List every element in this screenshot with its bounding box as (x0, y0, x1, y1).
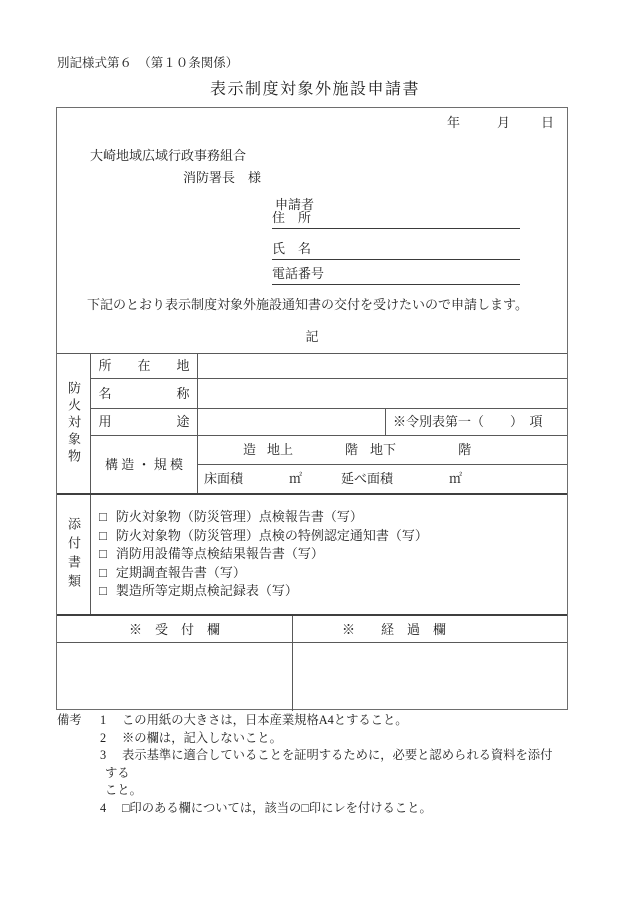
checkbox-icon: □ (99, 545, 107, 564)
ordinance-table-note: ※令別表第一（ ） 項 (393, 414, 543, 429)
structure-scale-label: 構 造 ・ 規 模 (105, 457, 183, 472)
attachment-item: □定期調査報告書（写） (99, 564, 428, 583)
use-label: 用 途 (98, 414, 189, 429)
use-note-cell: ※令別表第一（ ） 項 (386, 408, 574, 435)
form-page: 別記様式第６ （第１０条関係） 表示制度対象外施設申請書 年 月 日 大崎地域広… (0, 0, 630, 903)
name-field: 氏 名 (272, 241, 520, 260)
attachment-item-label: 製造所等定期点検記録表（写） (116, 583, 298, 598)
recipient-organization: 大崎地域広域行政事務組合 (90, 148, 246, 163)
attachment-item: □消防用設備等点検結果報告書（写） (99, 545, 428, 564)
location-label-cell: 所 在 地 (91, 353, 197, 378)
construction-label: 造 (243, 442, 256, 457)
remark-row: 3 表示基準に適合していることを証明するために，必要と認められる資料を添付する … (57, 747, 562, 800)
name-label-cell: 名 称 (91, 378, 197, 408)
month-label: 月 (497, 115, 510, 130)
reception-label: ※ 受 付 欄 (129, 622, 220, 637)
remarks-label: 備考 (57, 712, 100, 730)
attachment-item: □製造所等定期点検記録表（写） (99, 582, 428, 601)
total-area-label: 延べ面積 (341, 471, 393, 486)
checkbox-icon: □ (99, 564, 107, 583)
phone-label: 電話番号 (272, 266, 324, 281)
property-table: 防火対象物 所 在 地 名 称 用 途 ※令別表第一（ ） 項 構 造 ・ 規 … (57, 353, 567, 493)
remark-text: □印のある欄については，該当の□印にレを付けること。 (105, 800, 562, 818)
above-ground-label: 地上 (267, 442, 293, 457)
recipient-title: 消防署長 様 (183, 170, 261, 185)
page-title: 表示制度対象外施設申請書 (0, 76, 630, 99)
form-body-box: 年 月 日 大崎地域広域行政事務組合 消防署長 様 申請者 住 所 氏 名 電話… (56, 107, 568, 710)
structure-line1-cell: 造 地上 階 地下 階 (198, 435, 567, 464)
remark-text: 表示基準に適合していることを証明するために，必要と認められる資料を添付する こと… (105, 747, 562, 800)
stamp-header-row: ※ 受 付 欄 ※ 経 過 欄 (57, 616, 567, 643)
application-statement: 下記のとおり表示制度対象外施設通知書の交付を受けたいので申請します。 (87, 297, 528, 312)
attachments-group-cell: 添付書類 (57, 495, 90, 614)
floors-label: 階 (345, 442, 358, 457)
checkbox-icon: □ (99, 527, 107, 546)
phone-field: 電話番号 (272, 266, 520, 285)
stamp-table: ※ 受 付 欄 ※ 経 過 欄 (57, 614, 567, 711)
floor-area-label: 床面積 (204, 471, 243, 486)
progress-label: ※ 経 過 欄 (342, 622, 446, 637)
list-marker: 記 (57, 329, 567, 344)
attachments-group-label: 添付書類 (64, 517, 83, 593)
address-field: 住 所 (272, 210, 520, 229)
address-label: 住 所 (272, 210, 311, 225)
attachment-item-label: 防火対象物（防災管理）点検報告書（写） (116, 509, 363, 524)
structure-line2-cell: 床面積 ㎡ 延べ面積 ㎡ (198, 464, 567, 493)
day-label: 日 (541, 115, 554, 130)
attachment-item: □防火対象物（防災管理）点検報告書（写） (99, 508, 428, 527)
use-value-cell (198, 408, 385, 435)
below-ground-label: 地下 (370, 442, 396, 457)
remark-row: 4 □印のある欄については，該当の□印にレを付けること。 (57, 800, 562, 818)
checkbox-icon: □ (99, 582, 107, 601)
sqm-unit: ㎡ (289, 471, 302, 486)
remark-row: 2 ※の欄は，記入しないこと。 (57, 730, 562, 748)
checkbox-icon: □ (99, 508, 107, 527)
facility-name-label: 名 称 (98, 386, 189, 401)
use-label-cell: 用 途 (91, 408, 197, 435)
attachment-item-label: 定期調査報告書（写） (116, 565, 246, 580)
reception-header-cell: ※ 受 付 欄 (57, 616, 292, 642)
attachment-list: □防火対象物（防災管理）点検報告書（写） □防火対象物（防災管理）点検の特例認定… (99, 508, 428, 601)
property-group-cell: 防火対象物 (57, 353, 90, 493)
structure-label-cell: 構 造 ・ 規 模 (91, 435, 197, 493)
attachment-item-label: 防火対象物（防災管理）点検の特例認定通知書（写） (116, 528, 428, 543)
attachment-item-label: 消防用設備等点検結果報告書（写） (116, 546, 324, 561)
date-line: 年 月 日 (447, 115, 554, 130)
form-number: 別記様式第６ （第１０条関係） (57, 53, 238, 71)
attachment-item: □防火対象物（防災管理）点検の特例認定通知書（写） (99, 527, 428, 546)
property-group-label: 防火対象物 (64, 381, 83, 466)
remark-text: この用紙の大きさは，日本産業規格A4とすること。 (105, 712, 562, 730)
location-value-cell (198, 353, 567, 378)
floors-label: 階 (458, 442, 471, 457)
remark-text: ※の欄は，記入しないこと。 (105, 730, 562, 748)
year-label: 年 (447, 115, 460, 130)
remarks-section: 備考 1 この用紙の大きさは，日本産業規格A4とすること。 2 ※の欄は，記入し… (57, 712, 562, 817)
name-label: 氏 名 (272, 241, 311, 256)
sqm-unit: ㎡ (449, 471, 462, 486)
attachments-section: 添付書類 □防火対象物（防災管理）点検報告書（写） □防火対象物（防災管理）点検… (57, 493, 567, 614)
location-label: 所 在 地 (98, 358, 189, 373)
progress-header-cell: ※ 経 過 欄 (292, 616, 567, 642)
name-value-cell (198, 378, 567, 408)
group-col-divider (90, 495, 91, 614)
remark-row: 備考 1 この用紙の大きさは，日本産業規格A4とすること。 (57, 712, 562, 730)
